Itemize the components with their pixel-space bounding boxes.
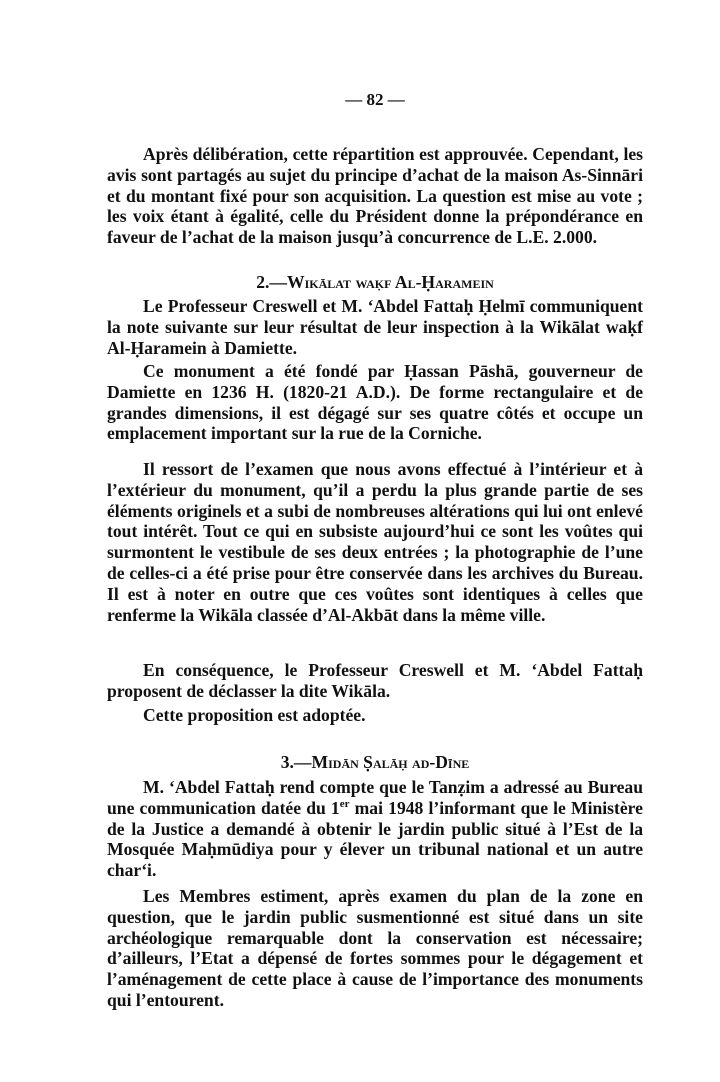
paragraph-monument-description: Ce monument a été fondé par Ḥassan Pāshā… [107,361,643,444]
section-heading-wikalat: 2.—Wikālat waḳf Al-Ḥaramein [107,272,643,293]
paragraph-members-opinion: Les Membres estiment, après examen du pl… [107,886,643,1011]
paragraph-examination: Il ressort de l’examen que nous avons ef… [107,459,643,625]
section-heading-midan: 3.—Midān Ṣalāḥ ad-Dīne [107,752,643,773]
superscript-er: er [340,798,350,810]
paragraph-adopted: Cette proposition est adoptée. [107,705,643,726]
paragraph-approval: Après délibération, cette répartition es… [107,144,643,248]
paragraph-consequence: En conséquence, le Professeur Creswell e… [107,660,643,702]
paragraph-tanzim-communication: M. ‘Abdel Fattaḥ rend compte que le Tanẓ… [107,777,643,881]
paragraph-inspection-note: Le Professeur Creswell et M. ‘Abdel Fatt… [107,296,643,358]
page-number: — 82 — [107,90,643,111]
